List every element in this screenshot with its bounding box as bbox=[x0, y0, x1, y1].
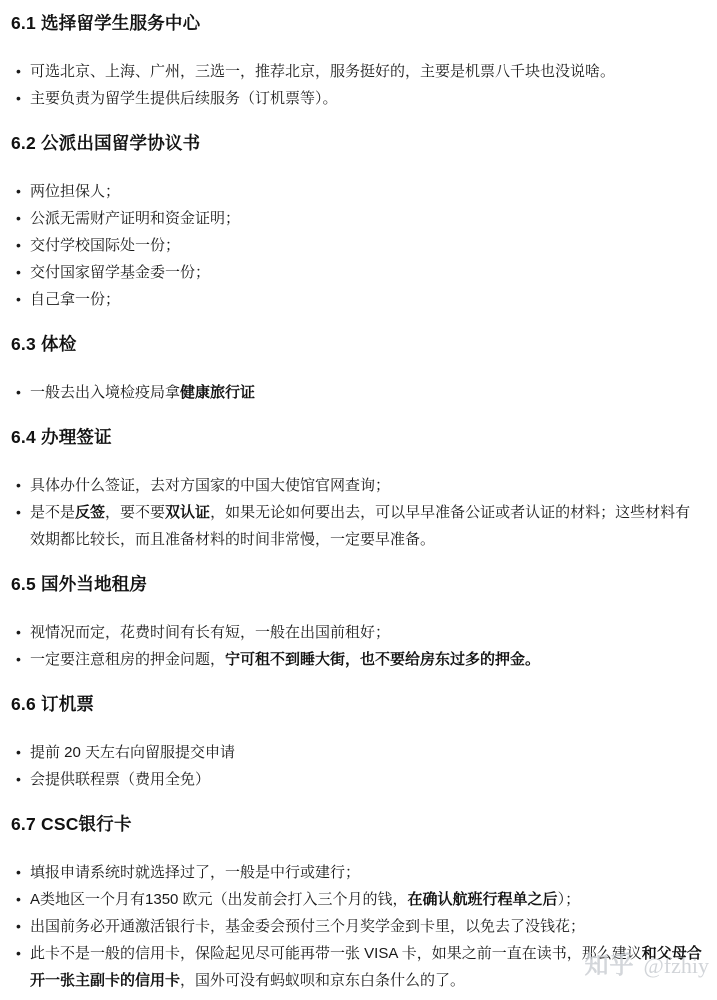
bold-text-segment: 在确认航班行程单之后 bbox=[408, 891, 558, 908]
bullet-item: 视情况而定，花费时间有长有短，一般在出国前租好； bbox=[30, 619, 703, 646]
bullet-item: 出国前务必开通激活银行卡，基金委会预付三个月奖学金到卡里，以免去了没钱花； bbox=[30, 913, 703, 940]
bold-text-segment: 双认证 bbox=[165, 504, 210, 521]
doc-section: 6.6 订机票 提前 20 天左右向留服提交申请 会提供联程票（费用全免） bbox=[11, 693, 703, 793]
text-segment: 会提供联程票（费用全免） bbox=[30, 771, 210, 788]
doc-section: 6.5 国外当地租房 视情况而定，花费时间有长有短，一般在出国前租好； 一定要注… bbox=[11, 573, 703, 673]
text-segment: 可选北京、上海、广州，三选一，推荐北京，服务挺好的，主要是机票八千块也没说啥。 bbox=[30, 63, 615, 80]
bullet-item: 公派无需财产证明和资金证明； bbox=[30, 205, 703, 232]
text-segment: 视情况而定，花费时间有长有短，一般在出国前租好； bbox=[30, 624, 390, 641]
section-heading: 6.5 国外当地租房 bbox=[11, 573, 703, 595]
bullet-list: 两位担保人； 公派无需财产证明和资金证明； 交付学校国际处一份； 交付国家留学基… bbox=[11, 178, 703, 313]
text-segment: 出国前务必开通激活银行卡，基金委会预付三个月奖学金到卡里，以免去了没钱花； bbox=[30, 918, 585, 935]
bullet-list: 具体办什么签证，去对方国家的中国大使馆官网查询； 是不是反签，要不要双认证，如果… bbox=[11, 472, 703, 553]
bullet-item: 此卡不是一般的信用卡，保险起见尽可能再带一张 VISA 卡，如果之前一直在读书，… bbox=[30, 940, 703, 994]
doc-section: 6.1 选择留学生服务中心 可选北京、上海、广州，三选一，推荐北京，服务挺好的，… bbox=[11, 12, 703, 112]
text-segment: 一般去出入境检疫局拿 bbox=[30, 384, 180, 401]
bullet-item: 交付国家留学基金委一份； bbox=[30, 259, 703, 286]
text-segment: 自己拿一份； bbox=[30, 291, 120, 308]
text-segment: 此卡不是一般的信用卡，保险起见尽可能再带一张 VISA 卡，如果之前一直在读书，… bbox=[30, 945, 642, 962]
bullet-item: A类地区一个月有1350 欧元（出发前会打入三个月的钱，在确认航班行程单之后）； bbox=[30, 886, 703, 913]
bullet-list: 可选北京、上海、广州，三选一，推荐北京，服务挺好的，主要是机票八千块也没说啥。 … bbox=[11, 58, 703, 112]
bullet-item: 是不是反签，要不要双认证，如果无论如何要出去，可以早早准备公证或者认证的材料；这… bbox=[30, 499, 703, 553]
text-segment: ，国外可没有蚂蚁呗和京东白条什么的了。 bbox=[180, 972, 465, 989]
bold-text-segment: 反签 bbox=[75, 504, 105, 521]
bold-text-segment: 健康旅行证 bbox=[180, 384, 255, 401]
doc-section: 6.4 办理签证 具体办什么签证，去对方国家的中国大使馆官网查询； 是不是反签，… bbox=[11, 426, 703, 553]
article-content: 6.1 选择留学生服务中心 可选北京、上海、广州，三选一，推荐北京，服务挺好的，… bbox=[0, 0, 717, 994]
bullet-list: 提前 20 天左右向留服提交申请 会提供联程票（费用全免） bbox=[11, 739, 703, 793]
bullet-item: 交付学校国际处一份； bbox=[30, 232, 703, 259]
text-segment: 交付国家留学基金委一份； bbox=[30, 264, 210, 281]
section-heading: 6.1 选择留学生服务中心 bbox=[11, 12, 703, 34]
bullet-list: 视情况而定，花费时间有长有短，一般在出国前租好； 一定要注意租房的押金问题，宁可… bbox=[11, 619, 703, 673]
bullet-item: 两位担保人； bbox=[30, 178, 703, 205]
section-heading: 6.6 订机票 bbox=[11, 693, 703, 715]
text-segment: 一定要注意租房的押金问题， bbox=[30, 651, 225, 668]
doc-section: 6.2 公派出国留学协议书 两位担保人； 公派无需财产证明和资金证明； 交付学校… bbox=[11, 132, 703, 313]
bullet-item: 主要负责为留学生提供后续服务（订机票等）。 bbox=[30, 85, 703, 112]
text-segment: ，要不要 bbox=[105, 504, 165, 521]
bullet-item: 会提供联程票（费用全免） bbox=[30, 766, 703, 793]
section-heading: 6.2 公派出国留学协议书 bbox=[11, 132, 703, 154]
text-segment: A类地区一个月有1350 欧元（出发前会打入三个月的钱， bbox=[30, 891, 408, 908]
bullet-item: 可选北京、上海、广州，三选一，推荐北京，服务挺好的，主要是机票八千块也没说啥。 bbox=[30, 58, 703, 85]
bullet-item: 一定要注意租房的押金问题，宁可租不到睡大街，也不要给房东过多的押金。 bbox=[30, 646, 703, 673]
bullet-item: 具体办什么签证，去对方国家的中国大使馆官网查询； bbox=[30, 472, 703, 499]
text-segment: ）； bbox=[558, 891, 581, 908]
text-segment: 交付学校国际处一份； bbox=[30, 237, 180, 254]
text-segment: 是不是 bbox=[30, 504, 75, 521]
bullet-list: 一般去出入境检疫局拿健康旅行证 bbox=[11, 379, 703, 406]
bullet-item: 填报申请系统时就选择过了，一般是中行或建行； bbox=[30, 859, 703, 886]
bullet-item: 自己拿一份； bbox=[30, 286, 703, 313]
text-segment: 具体办什么签证，去对方国家的中国大使馆官网查询； bbox=[30, 477, 390, 494]
section-heading: 6.7 CSC银行卡 bbox=[11, 813, 703, 835]
section-heading: 6.3 体检 bbox=[11, 333, 703, 355]
bullet-list: 填报申请系统时就选择过了，一般是中行或建行； A类地区一个月有1350 欧元（出… bbox=[11, 859, 703, 994]
bullet-item: 一般去出入境检疫局拿健康旅行证 bbox=[30, 379, 703, 406]
text-segment: 主要负责为留学生提供后续服务（订机票等）。 bbox=[30, 90, 338, 107]
text-segment: 公派无需财产证明和资金证明； bbox=[30, 210, 240, 227]
text-segment: 提前 20 天左右向留服提交申请 bbox=[30, 744, 235, 761]
text-segment: 填报申请系统时就选择过了，一般是中行或建行； bbox=[30, 864, 360, 881]
section-heading: 6.4 办理签证 bbox=[11, 426, 703, 448]
bold-text-segment: 宁可租不到睡大街，也不要给房东过多的押金。 bbox=[225, 651, 540, 668]
bullet-item: 提前 20 天左右向留服提交申请 bbox=[30, 739, 703, 766]
text-segment: 两位担保人； bbox=[30, 183, 120, 200]
doc-section: 6.3 体检 一般去出入境检疫局拿健康旅行证 bbox=[11, 333, 703, 406]
doc-section: 6.7 CSC银行卡 填报申请系统时就选择过了，一般是中行或建行； A类地区一个… bbox=[11, 813, 703, 994]
